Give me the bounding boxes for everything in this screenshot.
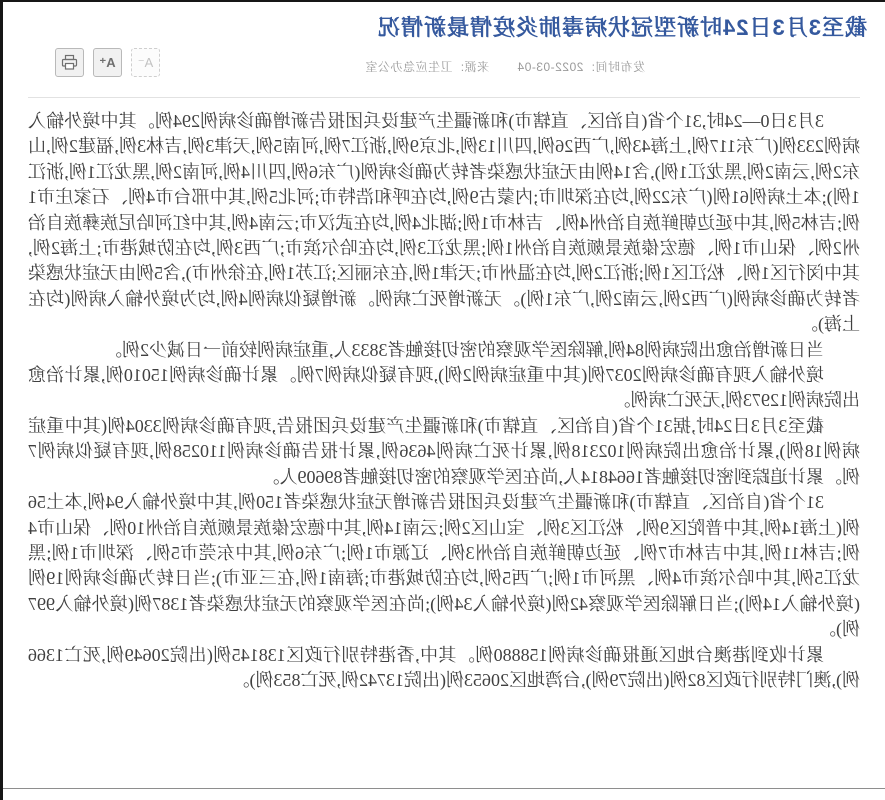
page-title: 截至3月3日24时新型冠状病毒肺炎疫情最新情况 (3, 2, 885, 42)
article-paragraph: 当日新增治愈出院病例84例,解除医学观察的密切接触者3833人,重症病例较前一日… (28, 338, 860, 363)
footer-divider (3, 788, 885, 789)
publish-time-label: 发布时间: (591, 58, 645, 75)
article-paragraph: 3月3日0—24时,31个省(自治区、直辖市)和新疆生产建设兵团报告新增确诊病例… (28, 109, 860, 338)
printer-icon (61, 54, 78, 71)
font-increase-button[interactable]: A⁺ (93, 48, 122, 77)
page: 截至3月3日24时新型冠状病毒肺炎疫情最新情况 发布时间: 2022-03-04… (0, 0, 885, 800)
article-paragraph: 累计收到港澳台地区通报确诊病例158880例。其中,香港特别行政区138145例… (28, 643, 860, 694)
font-decrease-button[interactable]: A⁻ (131, 48, 160, 77)
article-paragraph: 截至3月3日24时,据31个省(自治区、直辖市)和新疆生产建设兵团报告,现有确诊… (28, 414, 860, 490)
source-label: 来源: (460, 58, 489, 75)
article-meta: 发布时间: 2022-03-04 来源: 卫生应急办公室 (125, 58, 885, 75)
article-paragraph: 31个省(自治区、直辖市)和新疆生产建设兵团报告新增无症状感染者150例,其中境… (28, 490, 860, 642)
source-value: 卫生应急办公室 (365, 58, 453, 75)
print-button[interactable] (55, 48, 84, 77)
header-row: 发布时间: 2022-03-04 来源: 卫生应急办公室 A⁻ A⁺ (3, 42, 885, 92)
article-paragraph: 境外输入现有确诊病例2037例(其中重症病例2例),现有疑似病例7例。累计确诊病… (28, 363, 860, 414)
mirrored-content: 截至3月3日24时新型冠状病毒肺炎疫情最新情况 发布时间: 2022-03-04… (3, 2, 885, 800)
toolbar: A⁻ A⁺ (55, 48, 160, 77)
publish-time-value: 2022-03-04 (517, 60, 583, 74)
article-body: 3月3日0—24时,31个省(自治区、直辖市)和新疆生产建设兵团报告新增确诊病例… (3, 98, 885, 693)
